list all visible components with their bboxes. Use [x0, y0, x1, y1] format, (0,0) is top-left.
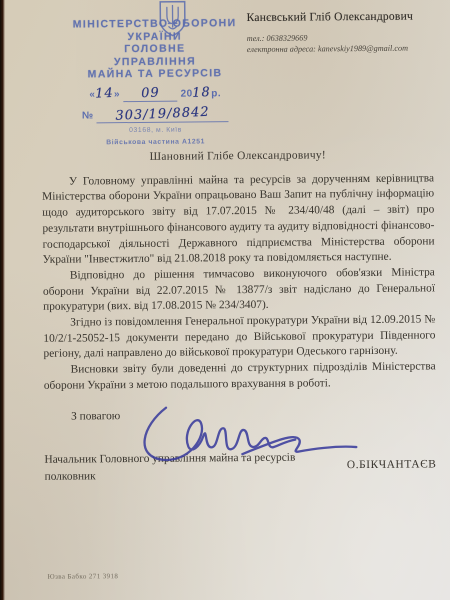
stamp-military-unit: Військова частина А1251 [50, 138, 262, 148]
stamp-number-line: № 303/19/8842 [49, 105, 261, 123]
stamp-quote-close: » [114, 89, 120, 100]
stamp-number-blank: 303/19/8842 [97, 106, 229, 123]
document-page: МІНІСТЕРСТВО ОБОРОНИ УКРАЇНИ ГОЛОВНЕ УПР… [0, 0, 450, 600]
paragraph: Згідно із повідомлення Генеральної проку… [43, 312, 435, 363]
paragraph: Відповідно до рішення тимчасово виконуюч… [43, 265, 435, 316]
stamp-year-r: р. [211, 88, 221, 99]
handwritten-signature-icon [130, 394, 366, 478]
recipient-name: Канєвський Гліб Олександрович [247, 9, 443, 24]
stamp-year-printed: 20 [181, 88, 193, 99]
paragraph: У Головному управлінні майна та ресурсів… [42, 171, 435, 269]
stamp-org-line: МАЙНА ТА РЕСУРСІВ [49, 67, 261, 81]
handwritten-month: 09 [141, 85, 160, 101]
office-stamp: МІНІСТЕРСТВО ОБОРОНИ УКРАЇНИ ГОЛОВНЕ УПР… [49, 17, 262, 148]
stamp-number-label: № [82, 110, 94, 121]
salutation: Шановний Глібе Олександровичу! [42, 147, 434, 166]
handwritten-year: 18 [192, 85, 211, 101]
paragraph: Висновки звіту були доведенні до структу… [44, 360, 436, 395]
recipient-contacts: тел.: 0638329669 електронна адреса: kane… [247, 31, 443, 55]
stamp-month-blank: 09 [123, 85, 177, 101]
handwritten-number: 303/19/8842 [116, 104, 211, 123]
recipient-block: Канєвський Гліб Олександрович тел.: 0638… [247, 9, 443, 55]
handwritten-day: 14 [95, 85, 114, 101]
stamp-date-line: «14» 09 2018р. [49, 84, 261, 102]
recipient-email: електронна адреса: kanevskiy1989@gmail.c… [247, 42, 443, 55]
stamp-address: 03168, м. Київ [50, 125, 262, 135]
letter-photo: МІНІСТЕРСТВО ОБОРОНИ УКРАЇНИ ГОЛОВНЕ УПР… [0, 0, 450, 600]
executor-footer: Юзва Бабко 271 3918 [47, 572, 118, 581]
